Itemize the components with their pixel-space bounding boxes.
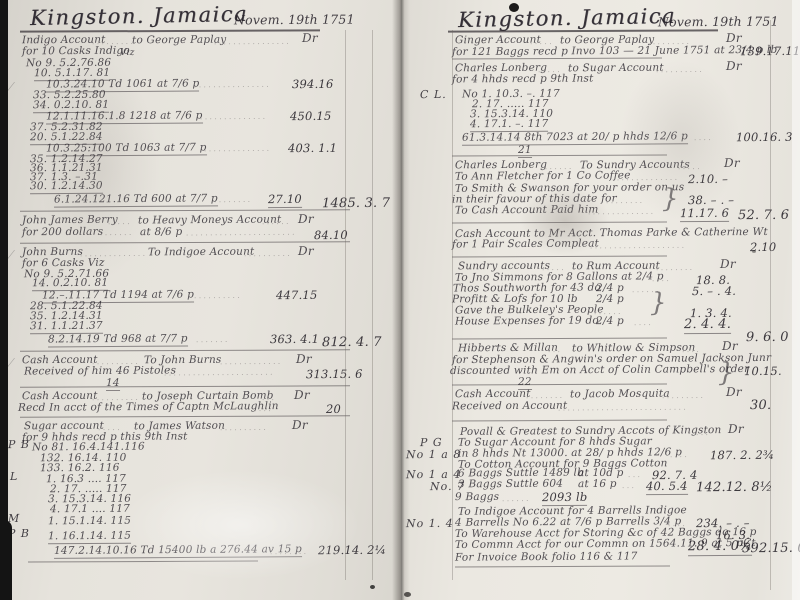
manuscript-line: .......... xyxy=(194,292,242,300)
manuscript-line: 20 xyxy=(326,402,341,416)
manuscript-line: 30. 1.2.14.30 xyxy=(30,180,103,195)
manuscript-line: 313.15. 6 xyxy=(306,367,363,381)
margin-code: P B xyxy=(8,438,30,451)
entry-divider-rule xyxy=(452,155,667,157)
manuscript-line: Dr xyxy=(294,388,310,402)
manuscript-line: Hibberts & Millan xyxy=(458,342,558,355)
manuscript-line: 61.3.14.14 8th 7023 at 20/ p hhds 12/6 p xyxy=(462,130,688,146)
manuscript-line: ....... xyxy=(100,229,134,237)
manuscript-line: to George Paplay xyxy=(132,34,227,47)
scan-left-edge xyxy=(0,0,8,600)
manuscript-line: Dr xyxy=(726,59,742,73)
manuscript-line: 394.16 xyxy=(292,77,334,91)
manuscript-line: Dr xyxy=(724,156,740,170)
manuscript-line: for 10 Casks Indigo xyxy=(22,45,130,58)
manuscript-line: 84.10 xyxy=(314,228,348,242)
manuscript-line: ......... xyxy=(662,392,705,400)
ink-speck xyxy=(404,592,411,597)
ink-blot xyxy=(509,3,519,12)
manuscript-line: 4. 17.1. –. 117 xyxy=(470,118,548,133)
manuscript-line: Received on Account xyxy=(452,400,568,413)
manuscript-line: House Expenses for 19 do xyxy=(455,314,599,327)
manuscript-line: .......... xyxy=(244,250,292,258)
entry-divider-rule xyxy=(452,384,667,386)
manuscript-line: 219.14. 2¼ xyxy=(318,543,386,557)
manuscript-line: Novem. 19th 1751 xyxy=(234,12,355,28)
manuscript-line: 363. 4.1 xyxy=(270,332,319,346)
scan-corner-shadow xyxy=(0,520,12,600)
manuscript-line: 9 Baggs xyxy=(455,491,499,503)
manuscript-line: to Heavy Moneys Account xyxy=(138,213,282,226)
manuscript-line: 6.1.24.121.16 Td 600 at 7/7 p xyxy=(54,192,218,207)
entry-divider-rule xyxy=(452,58,662,60)
manuscript-line: at 16 p xyxy=(578,478,617,490)
manuscript-line: 447.15 xyxy=(276,288,318,302)
manuscript-line: Viz xyxy=(120,48,135,58)
manuscript-line: Dr xyxy=(298,244,314,258)
manuscript-line: 5. – . 4. xyxy=(692,284,736,298)
manuscript-line: 2.10. – xyxy=(688,172,728,186)
manuscript-line: Recd In acct of the Times of Captn McLau… xyxy=(18,400,279,414)
ink-speck xyxy=(752,250,756,253)
manuscript-line: 8.2.14.19 Td 968 at 7/7 p xyxy=(48,333,188,348)
manuscript-line: } xyxy=(662,184,679,214)
manuscript-line: ........ xyxy=(606,197,645,205)
manuscript-line: } xyxy=(650,288,667,318)
manuscript-line: 52. 7. 6 xyxy=(738,208,789,223)
money-column-rule xyxy=(452,30,453,580)
manuscript-line: 403. 1.1 xyxy=(288,141,337,155)
manuscript-line: To Ann Fletcher for 1 Co Coffee xyxy=(455,169,631,182)
money-column-rule xyxy=(345,30,346,580)
manuscript-line: for 200 dollars xyxy=(22,226,103,239)
manuscript-line: ..... xyxy=(108,218,132,226)
manuscript-line: ... xyxy=(622,482,637,490)
manuscript-line: ............. xyxy=(220,358,283,366)
manuscript-line: to Jacob Mosquita xyxy=(570,388,670,401)
manuscript-line: 2093 lb xyxy=(542,490,587,506)
money-column-rule xyxy=(770,20,771,590)
manuscript-line: discounted with Em on Acct of Colin Camp… xyxy=(450,363,749,377)
manuscript-line: Dr xyxy=(720,257,736,271)
manuscript-line: 27.10 xyxy=(268,192,302,208)
manuscript-line: 9. 6. 0 xyxy=(746,330,789,345)
manuscript-line: ................ xyxy=(194,81,271,90)
manuscript-line: 1. 16.1.14. 115 xyxy=(48,530,131,545)
manuscript-line: for 4 hhds recd p 9th Inst xyxy=(452,73,594,86)
entry-divider-rule xyxy=(455,566,670,568)
manuscript-line: Kingston. Jamaica xyxy=(458,4,676,32)
manuscript-line: Cash Account xyxy=(455,388,531,401)
entry-divider-rule xyxy=(452,222,667,224)
manuscript-line: 147.2.14.10.16 Td 15400 lb a 276.44 av 1… xyxy=(54,543,302,559)
ledger-left-page: Kingston. JamaicaNovem. 19th 1751Indigo … xyxy=(8,0,400,600)
manuscript-line: To Cash Account Paid him xyxy=(455,203,599,216)
manuscript-line: 187. 2. 2¾ xyxy=(710,448,774,462)
manuscript-line: Dr xyxy=(726,31,742,45)
margin-code: L xyxy=(10,470,18,483)
entry-divider-rule xyxy=(452,420,667,422)
manuscript-line: 4. 17.1 .... 117 xyxy=(50,503,130,516)
manuscript-line: 1. 15.1.14. 115 xyxy=(48,515,131,528)
manuscript-line: 40. 5.4 xyxy=(646,479,688,495)
manuscript-line: for 121 Baggs recd p Invo 103 — 21 June … xyxy=(452,44,777,58)
manuscript-line: ... xyxy=(628,471,643,479)
manuscript-line: Dr xyxy=(302,31,318,45)
manuscript-line: Dr xyxy=(722,339,738,353)
manuscript-line: ⁄ xyxy=(10,248,12,262)
manuscript-line: ................ xyxy=(214,38,291,47)
margin-code: No 1 a 8 xyxy=(406,448,461,461)
manuscript-line: .............. xyxy=(200,113,268,121)
manuscript-line: 14 xyxy=(106,377,120,391)
scan-right-edge xyxy=(792,0,800,600)
entry-divider-rule xyxy=(452,338,667,340)
manuscript-line: Dr xyxy=(298,212,314,226)
manuscript-line: Dr xyxy=(728,422,744,436)
manuscript-line: Novem. 19th 1751 xyxy=(658,14,779,30)
manuscript-line: .......... xyxy=(656,66,704,74)
entry-divider-rule xyxy=(28,560,258,562)
ledger-right-page: Kingston. JamaicaNovem. 19th 1751Ginger … xyxy=(400,0,800,600)
manuscript-line: 2. 4. 4. xyxy=(684,317,731,334)
manuscript-line: at 8/6 p xyxy=(140,226,182,238)
ledger-scan: Kingston. JamaicaNovem. 19th 1751Indigo … xyxy=(0,0,800,600)
entry-divider-rule xyxy=(452,256,667,258)
manuscript-line: Dr xyxy=(296,352,312,366)
manuscript-line: 450.15 xyxy=(290,109,332,123)
manuscript-line: 31. 1.1.21.37 xyxy=(30,320,103,335)
manuscript-line: ....... xyxy=(196,336,230,344)
manuscript-line: ....................... xyxy=(186,229,297,238)
manuscript-line: .................... xyxy=(590,242,687,251)
manuscript-line: 10.15. xyxy=(744,364,782,378)
manuscript-line: To Indigoe Account xyxy=(148,246,255,259)
manuscript-line: .... xyxy=(254,405,273,413)
manuscript-line: ........................... xyxy=(558,404,688,413)
manuscript-line: .... xyxy=(670,451,689,459)
entry-divider-rule xyxy=(448,29,718,32)
money-column-rule xyxy=(372,30,373,580)
margin-code: No 1. 4 xyxy=(406,517,454,530)
margin-code: C L. xyxy=(420,88,447,101)
manuscript-line: 11.17. 6 xyxy=(680,206,729,222)
ink-speck xyxy=(370,585,375,589)
manuscript-line: ..... xyxy=(678,163,702,171)
manuscript-line: 142.12. 8½ xyxy=(696,480,773,496)
manuscript-line: ........ xyxy=(214,196,253,204)
manuscript-line: .............. xyxy=(588,208,656,216)
manuscript-line: Received of him 46 Pistoles xyxy=(24,364,176,377)
manuscript-line: John James Berry xyxy=(22,214,118,227)
manuscript-line: for 1 Pair Scales Compleat xyxy=(452,237,599,250)
manuscript-line: ⁄ xyxy=(10,356,12,370)
manuscript-line: .... xyxy=(652,275,671,283)
manuscript-line: .............. xyxy=(204,145,272,153)
manuscript-line: ....................... xyxy=(164,369,275,378)
manuscript-line: 100.16. 3 xyxy=(736,130,793,144)
manuscript-line: Dr xyxy=(292,418,308,432)
manuscript-line: Kingston. Jamaica xyxy=(30,2,248,30)
manuscript-line: .... xyxy=(634,319,653,327)
manuscript-line: 2/4 p xyxy=(596,315,624,327)
manuscript-line: .... xyxy=(694,134,713,142)
manuscript-line: 30. xyxy=(750,398,771,413)
manuscript-line: For Invoice Book folio 116 & 117 xyxy=(455,550,638,563)
page-gutter-shadow xyxy=(392,0,410,600)
manuscript-line: ........ xyxy=(270,548,309,556)
entry-divider-rule xyxy=(20,29,320,32)
manuscript-line: ⁄ xyxy=(10,80,12,94)
manuscript-line: Cash Account xyxy=(22,390,98,403)
manuscript-line: ...... xyxy=(502,495,531,503)
manuscript-line: .......... xyxy=(220,424,268,432)
manuscript-line: } xyxy=(718,358,735,388)
manuscript-line: Ginger Account xyxy=(455,34,541,47)
manuscript-line: ...... xyxy=(262,218,291,226)
manuscript-line: 3 Baggs Suttle 604 xyxy=(458,478,563,491)
manuscript-line: Dr xyxy=(726,385,742,399)
manuscript-line: ... xyxy=(696,429,711,437)
